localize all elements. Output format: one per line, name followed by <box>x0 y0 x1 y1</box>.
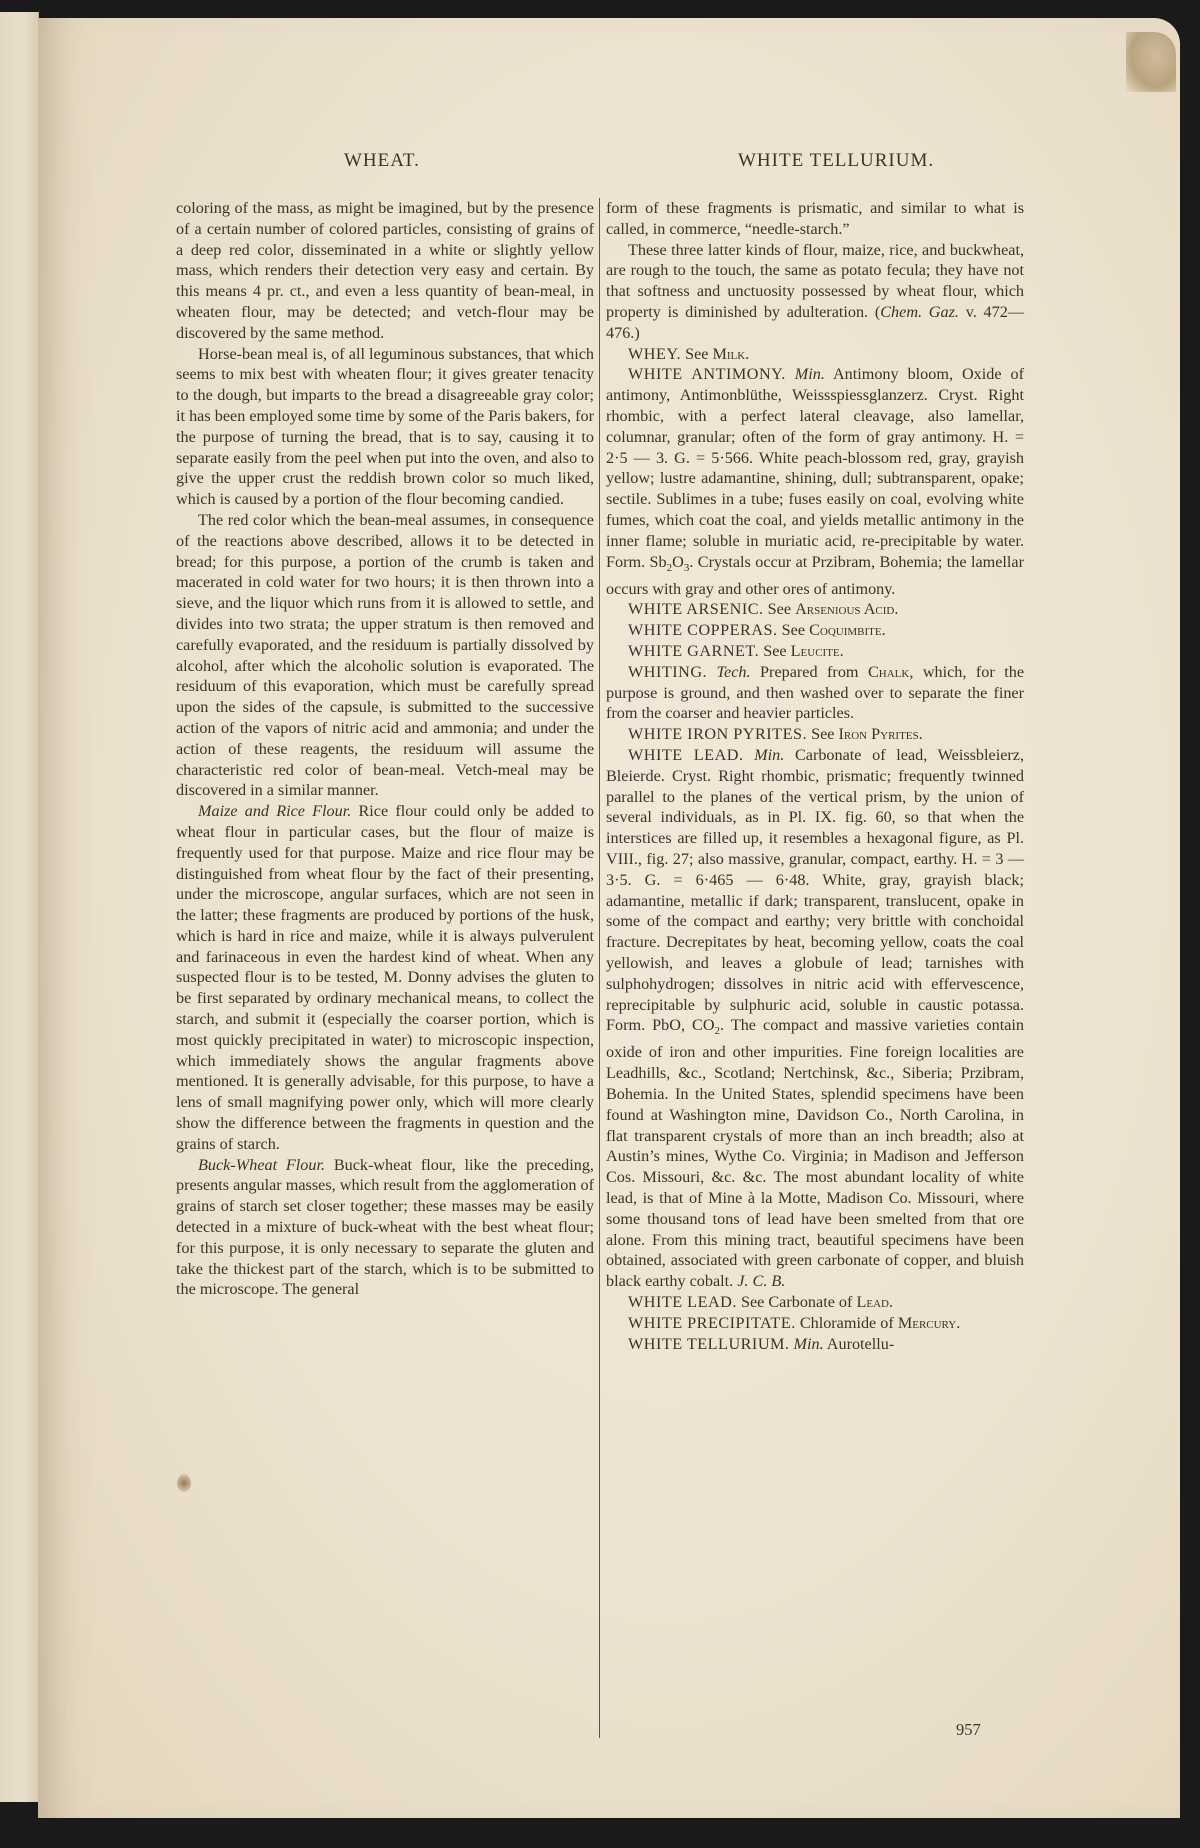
author-signature: J. C. B. <box>737 1272 785 1290</box>
paragraph-three-flours: These three latter kinds of flour, maize… <box>606 240 1024 344</box>
entry-text: . The compact and massive varieties cont… <box>606 1016 1024 1290</box>
column-divider <box>599 198 600 1738</box>
entry-white-precipitate: WHITE PRECIPITATE. Chloramide of Mercury… <box>606 1313 1024 1334</box>
cross-reference: Milk. <box>712 345 749 363</box>
entry-term: WHITE COPPERAS. <box>628 621 778 639</box>
cross-reference: Leucite. <box>791 642 844 660</box>
entry-term: WHITE ANTIMONY. <box>628 365 786 383</box>
entry-whiting: WHITING. Tech. Prepared from Chalk, whic… <box>606 662 1024 724</box>
paragraph-continuation: form of these fragments is prismatic, an… <box>606 198 1024 240</box>
entry-text: Prepared from <box>760 663 858 681</box>
entry-term: WHITE IRON PYRITES. <box>628 725 807 743</box>
entry-text: Aurotellu- <box>827 1335 894 1353</box>
entry-text: . Crystals occur at Przibram, Bohemia; t… <box>606 553 1024 598</box>
entry-text: See <box>782 621 805 639</box>
entry-text: Carbonate of lead, Weissbleierz, Bleierd… <box>606 746 1024 1034</box>
paragraph-red-color: The red color which the bean-meal assume… <box>176 510 594 801</box>
paragraph-text: Buck-wheat flour, like the preceding, pr… <box>176 1156 594 1299</box>
page-number: 957 <box>956 1720 981 1740</box>
cross-reference: Mercury. <box>898 1314 960 1332</box>
entry-text: See Carbonate of <box>741 1293 852 1311</box>
paragraph-buck-wheat: Buck-Wheat Flour. Buck-wheat flour, like… <box>176 1155 594 1301</box>
entry-label: Tech. <box>717 663 751 681</box>
entry-term: WHITE GARNET. <box>628 642 759 660</box>
entry-whey: WHEY. See Milk. <box>606 344 1024 365</box>
entry-term: WHITE PRECIPITATE. <box>628 1314 796 1332</box>
paragraph-text: These three latter kinds of flour, maize… <box>606 241 1024 321</box>
entry-label: Min. <box>754 746 784 764</box>
citation-source: Chem. Gaz. <box>880 303 959 321</box>
entry-term: WHITE ARSENIC. <box>628 600 764 618</box>
entry-white-lead-see: WHITE LEAD. See Carbonate of Lead. <box>606 1292 1024 1313</box>
entry-text: See <box>763 642 786 660</box>
cross-reference: Chalk, <box>868 663 913 681</box>
running-head-right: WHITE TELLURIUM. <box>738 150 934 172</box>
right-column: form of these fragments is prismatic, an… <box>606 198 1024 1354</box>
entry-term: WHEY. <box>628 345 681 363</box>
previous-page-edge <box>0 12 39 1802</box>
running-head-left: WHEAT. <box>344 150 420 172</box>
entry-white-copperas: WHITE COPPERAS. See Coquimbite. <box>606 620 1024 641</box>
cross-reference: Coquimbite. <box>809 621 886 639</box>
entry-term: WHITE LEAD. <box>628 1293 737 1311</box>
entry-text: See <box>685 345 708 363</box>
entry-white-antimony: WHITE ANTIMONY. Min. Antimony bloom, Oxi… <box>606 364 1024 599</box>
cross-reference: Arsenious Acid. <box>795 600 898 618</box>
entry-text: See <box>768 600 791 618</box>
entry-text: Antimony bloom, Oxide of antimony, Antim… <box>606 365 1024 570</box>
formula-part: O <box>672 553 684 571</box>
entry-white-lead: WHITE LEAD. Min. Carbonate of lead, Weis… <box>606 745 1024 1292</box>
paragraph-maize-rice: Maize and Rice Flour. Rice flour could o… <box>176 801 594 1155</box>
cross-reference: Iron Pyrites. <box>838 725 922 743</box>
entry-text: Chloramide of <box>800 1314 894 1332</box>
entry-label: Min. <box>795 365 825 383</box>
entry-white-garnet: WHITE GARNET. See Leucite. <box>606 641 1024 662</box>
entry-label: Min. <box>794 1335 824 1353</box>
entry-text: See <box>811 725 834 743</box>
damaged-corner <box>1126 32 1176 92</box>
paragraph-horse-bean: Horse-bean meal is, of all leguminous su… <box>176 344 594 510</box>
entry-term: WHITE TELLURIUM. <box>628 1335 789 1353</box>
paragraph-text: Rice flour could only be added to wheat … <box>176 802 594 1153</box>
section-heading-buck-wheat: Buck-Wheat Flour. <box>198 1156 325 1174</box>
entry-white-arsenic: WHITE ARSENIC. See Arsenious Acid. <box>606 599 1024 620</box>
cross-reference: Lead. <box>856 1293 893 1311</box>
paragraph-continuation: coloring of the mass, as might be imagin… <box>176 198 594 344</box>
ink-stain <box>177 1474 191 1492</box>
section-heading-maize-rice: Maize and Rice Flour. <box>198 802 351 820</box>
entry-term: WHITE LEAD. <box>628 746 744 764</box>
entry-white-tellurium: WHITE TELLURIUM. Min. Aurotellu- <box>606 1334 1024 1355</box>
left-column: coloring of the mass, as might be imagin… <box>176 198 594 1300</box>
entry-white-iron-pyrites: WHITE IRON PYRITES. See Iron Pyrites. <box>606 724 1024 745</box>
entry-term: WHITING. <box>628 663 707 681</box>
